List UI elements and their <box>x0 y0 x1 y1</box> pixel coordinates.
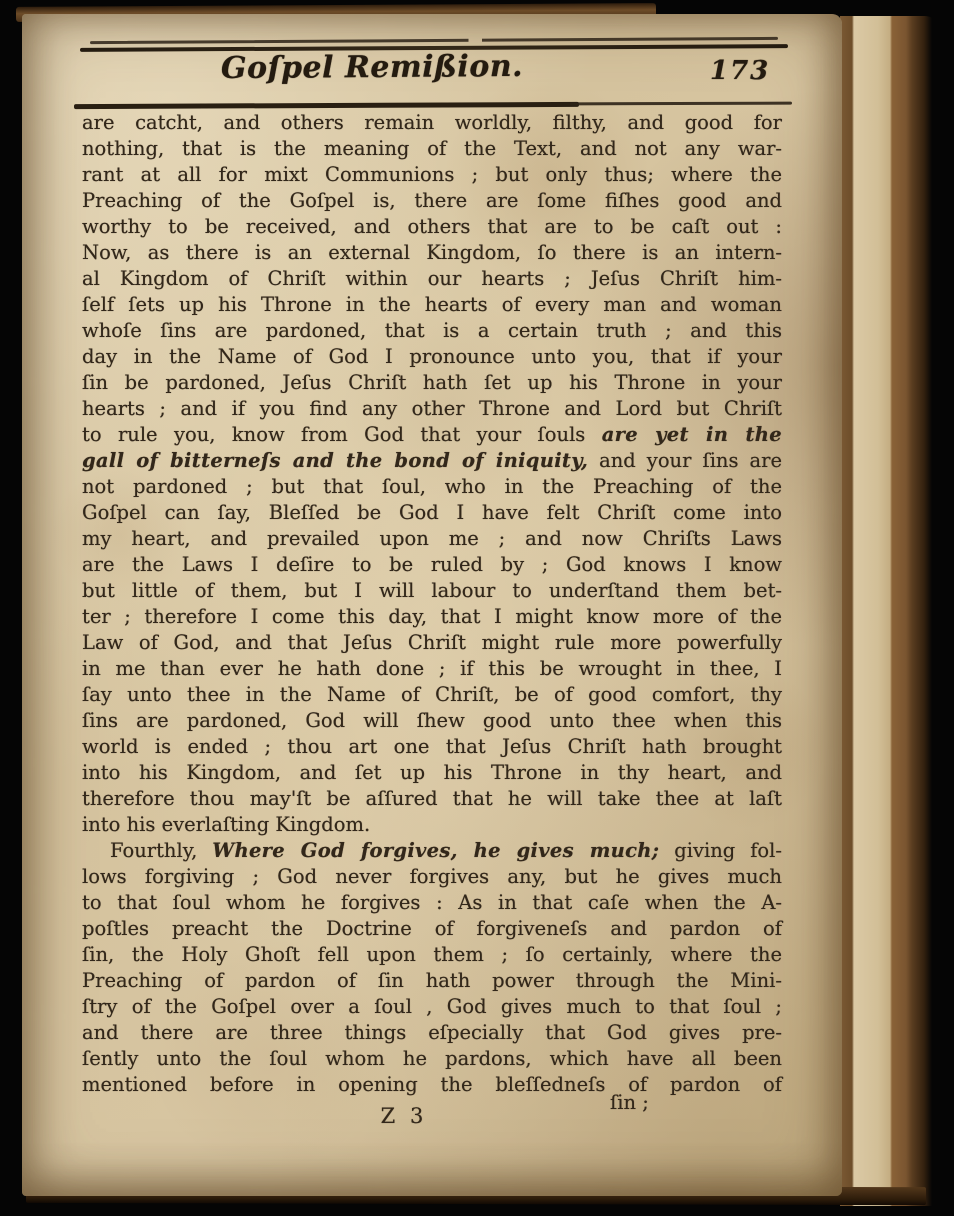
body-line: nothing, that is the meaning of the Text… <box>82 136 782 162</box>
body-line: into his Kingdom, and ſet up his Throne … <box>82 760 782 786</box>
body-segment: ſins are pardoned, God will ſhew good un… <box>82 709 782 732</box>
body-line: Preaching of the Goſpel is, there are ſo… <box>82 188 782 214</box>
body-segment: into his everlaſting Kingdom. <box>82 813 370 836</box>
body-line: worthy to be received, and others that a… <box>82 214 782 240</box>
body-line: my heart, and prevailed upon me ; and no… <box>82 526 782 552</box>
body-segment: whoſe ſins are pardoned, that is a certa… <box>82 319 782 342</box>
body-italic-segment: Where God forgives, he gives much; <box>212 839 659 862</box>
body-line: Preaching of pardon of ſin hath power th… <box>82 968 782 994</box>
body-line: rant at all for mixt Communions ; but on… <box>82 162 782 188</box>
body-line: ſin be pardoned, Jeſus Chriſt hath ſet u… <box>82 370 782 396</box>
body-line: ſin, the Holy Ghoſt fell upon them ; ſo … <box>82 942 782 968</box>
body-segment: ſin be pardoned, Jeſus Chriſt hath ſet u… <box>82 371 782 394</box>
body-line: al Kingdom of Chriſt within our hearts ;… <box>82 266 782 292</box>
body-line: Fourthly, Where God forgives, he gives m… <box>82 838 782 864</box>
body-line: ſay unto thee in the Name of Chriſt, be … <box>82 682 782 708</box>
body-segment: not pardoned ; but that ſoul, who in the… <box>82 475 782 498</box>
body-segment: to rule you, know from God that your ſou… <box>82 423 602 446</box>
body-segment: ſay unto thee in the Name of Chriſt, be … <box>82 683 782 706</box>
body-line: to that ſoul whom he forgives : As in th… <box>82 890 782 916</box>
body-segment: worthy to be received, and others that a… <box>82 215 782 238</box>
body-segment: ſently unto the ſoul whom he pardons, wh… <box>82 1047 782 1070</box>
book-page: Goſpel Remißion. 173 are catcht, and oth… <box>22 14 842 1196</box>
body-line: not pardoned ; but that ſoul, who in the… <box>82 474 782 500</box>
body-segment: are catcht, and others remain worldly, f… <box>82 111 782 134</box>
body-line: are the Laws I deſire to be ruled by ; G… <box>82 552 782 578</box>
body-segment: Fourthly, <box>110 839 212 862</box>
header-rule-bottom-thick <box>74 102 579 109</box>
body-segment: to that ſoul whom he forgives : As in th… <box>82 891 782 914</box>
body-line: Law of God, and that Jeſus Chriſt might … <box>82 630 782 656</box>
body-line: therefore thou may'ſt be aſſured that he… <box>82 786 782 812</box>
body-line: ſtry of the Goſpel over a ſoul , God giv… <box>82 994 782 1020</box>
body-segment: day in the Name of God I pronounce unto … <box>82 345 782 368</box>
body-segment: nothing, that is the meaning of the Text… <box>82 137 782 160</box>
header-rule-top-thin <box>90 37 778 44</box>
body-segment: ſelf ſets up his Throne in the hearts of… <box>82 293 782 316</box>
body-segment: Now, as there is an external Kingdom, ſo… <box>82 241 782 264</box>
body-line: day in the Name of God I pronounce unto … <box>82 344 782 370</box>
body-line: are catcht, and others remain worldly, f… <box>82 110 782 136</box>
body-line: Goſpel can ſay, Bleſſed be God I have fe… <box>82 500 782 526</box>
body-segment: Goſpel can ſay, Bleſſed be God I have fe… <box>82 501 782 524</box>
body-segment: Law of God, and that Jeſus Chriſt might … <box>82 631 782 654</box>
body-segment: ſtry of the Goſpel over a ſoul , God giv… <box>82 995 782 1018</box>
body-segment: and there are three things eſpecially th… <box>82 1021 782 1044</box>
body-line: hearts ; and if you find any other Thron… <box>82 396 782 422</box>
body-segment: are the Laws I deſire to be ruled by ; G… <box>82 553 782 576</box>
body-line: world is ended ; thou art one that Jeſus… <box>82 734 782 760</box>
header-rule-bottom-thin <box>570 102 792 105</box>
body-segment: hearts ; and if you find any other Thron… <box>82 397 782 420</box>
body-line: Now, as there is an external Kingdom, ſo… <box>82 240 782 266</box>
body-segment: into his Kingdom, and ſet up his Throne … <box>82 761 782 784</box>
running-header-title: Goſpel Remißion. <box>172 49 572 87</box>
body-line: ſently unto the ſoul whom he pardons, wh… <box>82 1046 782 1072</box>
body-line: whoſe ſins are pardoned, that is a certa… <box>82 318 782 344</box>
body-segment: ſin, the Holy Ghoſt fell upon them ; ſo … <box>82 943 782 966</box>
body-line: ſelf ſets up his Throne in the hearts of… <box>82 292 782 318</box>
body-line: poſtles preacht the Doctrine of forgiven… <box>82 916 782 942</box>
body-line: in me than ever he hath done ; if this b… <box>82 656 782 682</box>
body-italic-segment: are yet in the <box>602 423 782 446</box>
body-line: lows forgiving ; God never forgives any,… <box>82 864 782 890</box>
body-segment: rant at all for mixt Communions ; but on… <box>82 163 782 186</box>
body-segment: in me than ever he hath done ; if this b… <box>82 657 782 680</box>
body-segment: lows forgiving ; God never forgives any,… <box>82 865 782 888</box>
body-line: and there are three things eſpecially th… <box>82 1020 782 1046</box>
catchword: ſin ; <box>610 1091 700 1114</box>
body-segment: and your ſins are <box>588 449 782 472</box>
body-segment: my heart, and prevailed upon me ; and no… <box>82 527 782 550</box>
body-italic-segment: gall of bitterneſs and the bond of iniqu… <box>82 449 588 472</box>
body-line: into his everlaſting Kingdom. <box>82 812 782 838</box>
body-segment: Preaching of the Goſpel is, there are ſo… <box>82 189 782 212</box>
body-line: to rule you, know from God that your ſou… <box>82 422 782 448</box>
body-line: gall of bitterneſs and the bond of iniqu… <box>82 448 782 474</box>
gathering-signature: Z 3 <box>344 1104 464 1128</box>
body-segment: ter ; therefore I come this day, that I … <box>82 605 782 628</box>
body-segment: therefore thou may'ſt be aſſured that he… <box>82 787 782 810</box>
body-line: ſins are pardoned, God will ſhew good un… <box>82 708 782 734</box>
body-segment: world is ended ; thou art one that Jeſus… <box>82 735 782 758</box>
body-segment: but little of them, but I will labour to… <box>82 579 782 602</box>
body-line: ter ; therefore I come this day, that I … <box>82 604 782 630</box>
body-segment: poſtles preacht the Doctrine of forgiven… <box>82 917 782 940</box>
body-line: but little of them, but I will labour to… <box>82 578 782 604</box>
body-segment: giving fol- <box>659 839 782 862</box>
body-text: are catcht, and others remain worldly, f… <box>82 110 782 1098</box>
page-number: 173 <box>710 56 800 86</box>
body-segment: Preaching of pardon of ſin hath power th… <box>82 969 782 992</box>
body-segment: al Kingdom of Chriſt within our hearts ;… <box>82 267 782 290</box>
book-page-edges <box>840 16 950 1206</box>
scan-background: { "colors": { "paper": "#d6c4a0", "ink":… <box>0 0 954 1216</box>
